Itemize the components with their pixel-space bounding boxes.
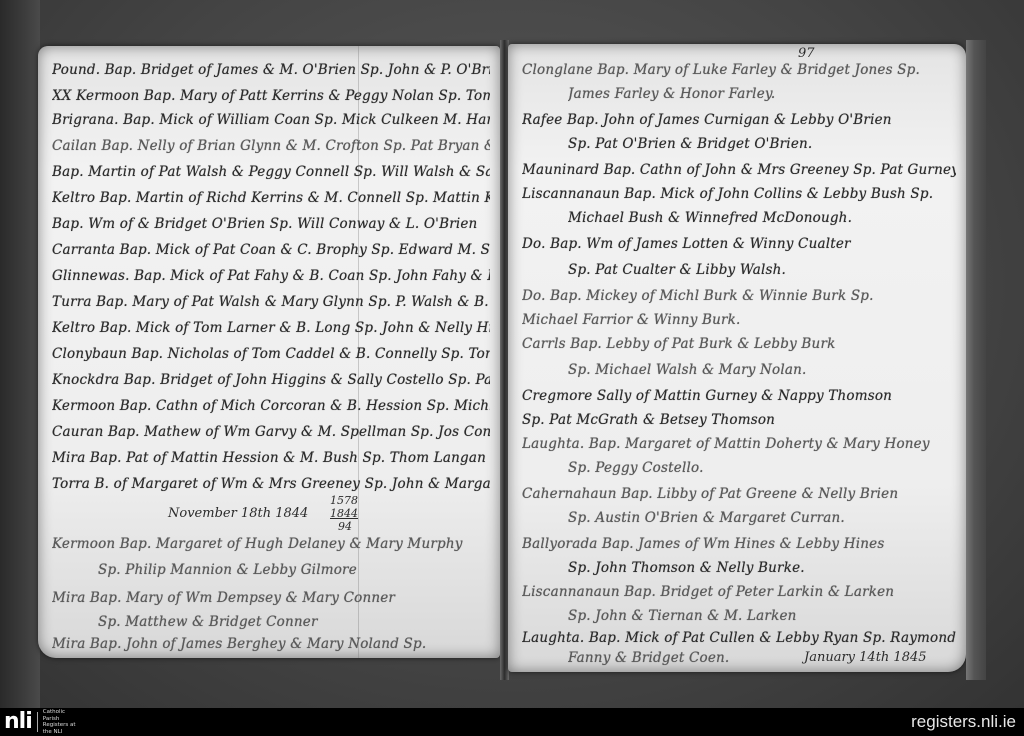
left-page: Pound. Bap. Bridget of James & M. O'Brie… <box>38 46 500 658</box>
register-entry: Cahernahaun Bap. Libby of Pat Greene & N… <box>522 486 956 502</box>
register-entry: Sp. Peggy Costello. <box>568 460 956 476</box>
register-entry: James Farley & Honor Farley. <box>568 86 956 102</box>
register-entry: Michael Farrior & Winny Burk. <box>522 312 956 328</box>
register-entry: Sp. Michael Walsh & Mary Nolan. <box>568 362 956 378</box>
register-entry: Keltro Bap. Martin of Richd Kerrins & M.… <box>52 190 490 206</box>
margin-sum-2: 1844 <box>330 507 358 520</box>
register-entry: Sp. Philip Mannion & Lebby Gilmore <box>98 562 490 578</box>
register-entry: Sp. Pat McGrath & Betsey Thomson <box>522 412 956 428</box>
register-entry: Carranta Bap. Mick of Pat Coan & C. Brop… <box>52 242 490 258</box>
margin-sum-1: 1578 <box>330 494 358 507</box>
register-entry: Sp. Pat Cualter & Libby Walsh. <box>568 262 956 278</box>
register-entry: Laughta. Bap. Margaret of Mattin Doherty… <box>522 436 956 452</box>
register-entry: Kermoon Bap. Cathn of Mich Corcoran & B.… <box>52 398 490 414</box>
logo-caption-line: Catholic Parish <box>43 709 65 722</box>
nli-logo[interactable]: nli Catholic Parish Registers at the NLI <box>0 708 83 736</box>
register-entry: Cailan Bap. Nelly of Brian Glynn & M. Cr… <box>52 138 490 154</box>
register-entry: XX Kermoon Bap. Mary of Patt Kerrins & P… <box>52 88 490 104</box>
register-entry: Brigrana. Bap. Mick of William Coan Sp. … <box>52 112 490 128</box>
logo-caption-line: Registers at <box>43 722 76 728</box>
register-entry: Mira Bap. Mary of Wm Dempsey & Mary Conn… <box>52 590 490 606</box>
register-entry: Cauran Bap. Mathew of Wm Garvy & M. Spel… <box>52 424 490 440</box>
register-entry: Mauninard Bap. Cathn of John & Mrs Green… <box>522 162 956 178</box>
register-entry: Ballyorada Bap. James of Wm Hines & Lebb… <box>522 536 956 552</box>
register-entry: Clonybaun Bap. Nicholas of Tom Caddel & … <box>52 346 490 362</box>
footer-bar: nli Catholic Parish Registers at the NLI… <box>0 708 1024 736</box>
register-entry: Torra B. of Margaret of Wm & Mrs Greeney… <box>52 476 490 492</box>
site-url-link[interactable]: registers.nli.ie <box>911 712 1024 732</box>
register-entry: Glinnewas. Bap. Mick of Pat Fahy & B. Co… <box>52 268 490 284</box>
register-entry: Bap. Wm of & Bridget O'Brien Sp. Will Co… <box>52 216 490 232</box>
book-cover-edge <box>0 0 40 708</box>
register-entry: Mira Bap. John of James Berghey & Mary N… <box>52 636 490 652</box>
date-footer: January 14th 1845 <box>804 650 927 665</box>
register-entry: Pound. Bap. Bridget of James & M. O'Brie… <box>52 62 490 78</box>
folio-mark: 97 <box>798 46 815 61</box>
logo-divider <box>37 712 38 732</box>
register-entry: Sp. John Thomson & Nelly Burke. <box>568 560 956 576</box>
register-entry: Keltro Bap. Mick of Tom Larner & B. Long… <box>52 320 490 336</box>
register-entry: Fanny & Bridget Coen. <box>568 650 806 666</box>
right-page: 97 Clonglane Bap. Mary of Luke Farley & … <box>508 44 966 672</box>
logo-caption-line: the NLI <box>43 729 63 735</box>
margin-sum-total: 94 <box>338 520 352 533</box>
date-heading: November 18th 1844 <box>168 506 308 521</box>
logo-caption: Catholic Parish Registers at the NLI <box>43 709 83 735</box>
register-entry: Liscannanaun Bap. Mick of John Collins &… <box>522 186 956 202</box>
register-entry: Sp. Austin O'Brien & Margaret Curran. <box>568 510 956 526</box>
register-entry: Knockdra Bap. Bridget of John Higgins & … <box>52 372 490 388</box>
register-entry: Laughta. Bap. Mick of Pat Cullen & Lebby… <box>522 630 956 646</box>
nli-logo-mark: nli <box>4 708 32 736</box>
register-entry: Sp. Matthew & Bridget Conner <box>98 614 490 630</box>
register-entry: Kermoon Bap. Margaret of Hugh Delaney & … <box>52 536 490 552</box>
register-entry: Sp. Pat O'Brien & Bridget O'Brien. <box>568 136 956 152</box>
register-entry: Turra Bap. Mary of Pat Walsh & Mary Glyn… <box>52 294 490 310</box>
book-cover-edge-right <box>966 40 986 680</box>
register-entry: Do. Bap. Mickey of Michl Burk & Winnie B… <box>522 288 956 304</box>
register-entry: Carrls Bap. Lebby of Pat Burk & Lebby Bu… <box>522 336 956 352</box>
register-entry: Sp. John & Tiernan & M. Larken <box>568 608 956 624</box>
register-entry: Michael Bush & Winnefred McDonough. <box>568 210 956 226</box>
register-entry: Cregmore Sally of Mattin Gurney & Nappy … <box>522 388 956 404</box>
register-entry: Mira Bap. Pat of Mattin Hession & M. Bus… <box>52 450 490 466</box>
scanned-image: Pound. Bap. Bridget of James & M. O'Brie… <box>0 0 1024 708</box>
register-entry: Do. Bap. Wm of James Lotten & Winny Cual… <box>522 236 956 252</box>
register-entry: Bap. Martin of Pat Walsh & Peggy Connell… <box>52 164 490 180</box>
register-entry: Clonglane Bap. Mary of Luke Farley & Bri… <box>522 62 956 78</box>
register-entry: Rafee Bap. John of James Curnigan & Lebb… <box>522 112 956 128</box>
register-entry: Liscannanaun Bap. Bridget of Peter Larki… <box>522 584 956 600</box>
